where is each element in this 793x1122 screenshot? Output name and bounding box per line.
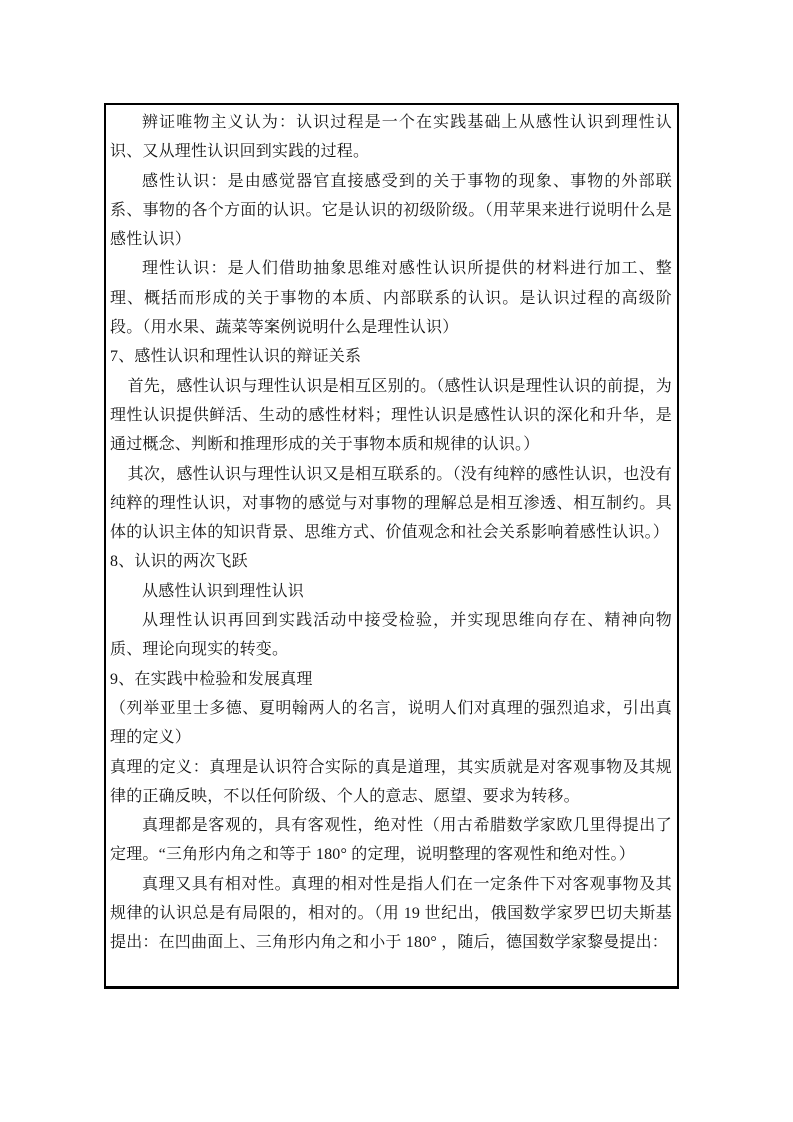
paragraph: 其次，感性认识与理性认识又是相互联系的。（没有纯粹的感性认识，也没有纯粹的理性认…	[110, 460, 672, 548]
paragraph: 9、在实践中检验和发展真理	[110, 665, 672, 694]
paragraph: 从理性认识再回到实践活动中接受检验，并实现思维向存在、精神向物质、理论向现实的转…	[110, 606, 672, 665]
paragraph: 辨证唯物主义认为：认识过程是一个在实践基础上从感性认识到理性认识、又从理性认识回…	[110, 108, 672, 167]
paragraph: 真理又具有相对性。真理的相对性是指人们在一定条件下对客观事物及其规律的认识总是有…	[110, 870, 672, 958]
document-page: 辨证唯物主义认为：认识过程是一个在实践基础上从感性认识到理性认识、又从理性认识回…	[0, 0, 793, 1122]
paragraph: 理性认识：是人们借助抽象思维对感性认识所提供的材料进行加工、整理、概括而形成的关…	[110, 254, 672, 342]
paragraph: 7、感性认识和理性认识的辩证关系	[110, 342, 672, 371]
paragraph: 感性认识：是由感觉器官直接感受到的关于事物的现象、事物的外部联系、事物的各个方面…	[110, 167, 672, 255]
paragraph: 首先，感性认识与理性认识是相互区别的。（感性认识是理性认识的前提，为理性认识提供…	[110, 372, 672, 460]
paragraph: 真理都是客观的，具有客观性，绝对性（用古希腊数学家欧几里得提出了定理。“三角形内…	[110, 811, 672, 870]
paragraph: 真理的定义：真理是认识符合实际的真是道理，其实质就是对客观事物及其规律的正确反映…	[110, 753, 672, 812]
paragraph: （列举亚里士多德、夏明翰两人的名言，说明人们对真理的强烈追求，引出真理的定义）	[110, 694, 672, 753]
paragraph: 从感性认识到理性认识	[110, 577, 672, 606]
paragraph: 8、认识的两次飞跃	[110, 547, 672, 576]
content-table-cell: 辨证唯物主义认为：认识过程是一个在实践基础上从感性认识到理性认识、又从理性认识回…	[104, 103, 679, 989]
